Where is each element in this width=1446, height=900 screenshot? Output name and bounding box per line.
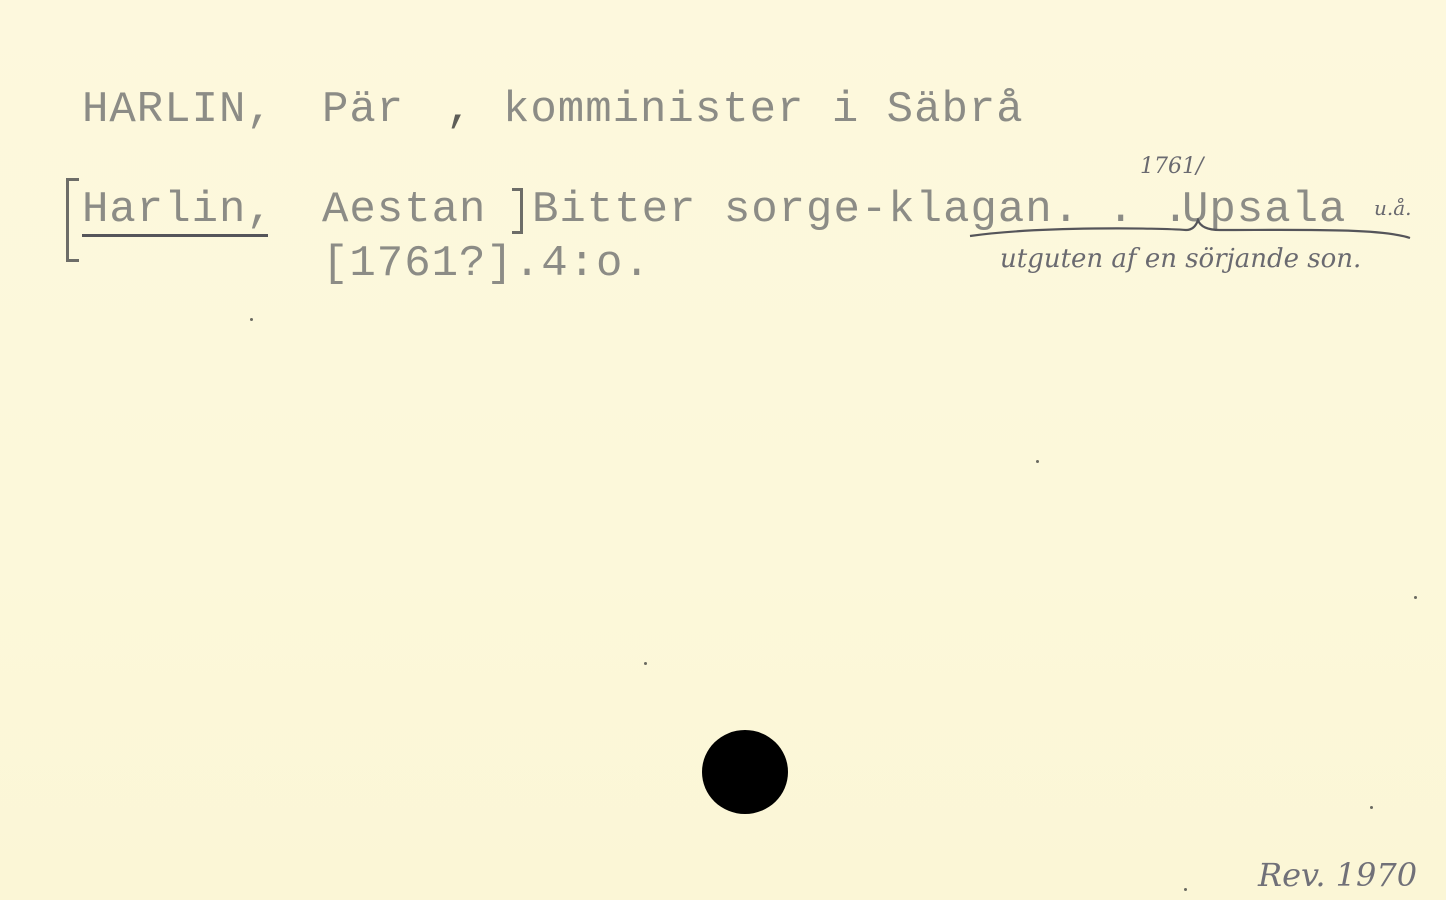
heading-given-name: Pär xyxy=(322,88,404,132)
punch-hole xyxy=(702,730,788,814)
speck xyxy=(250,318,253,321)
catalog-card: HARLIN, Pär , komminister i Säbrå Harlin… xyxy=(0,0,1446,900)
speck xyxy=(1414,596,1417,599)
annotation-place-note: u.å. xyxy=(1374,196,1412,220)
heading-title: komminister i Säbrå xyxy=(503,88,1024,132)
entry-date-format: [1761?].4:o. xyxy=(322,242,651,286)
annotation-year: 1761/ xyxy=(1140,154,1203,179)
entry-author-surname: Harlin, xyxy=(82,188,274,232)
speck xyxy=(644,662,647,665)
speck xyxy=(1370,806,1373,809)
heading-separator: , xyxy=(446,88,473,132)
speck xyxy=(1036,460,1039,463)
annotation-subtitle: utguten af en sörjande son. xyxy=(1000,244,1361,274)
open-bracket xyxy=(66,178,79,262)
close-bracket xyxy=(512,188,523,234)
heading-name: HARLIN, xyxy=(82,88,274,132)
entry-author-given: Aestan xyxy=(322,188,486,232)
speck xyxy=(1184,888,1187,891)
author-underline xyxy=(82,234,268,237)
annotation-revision: Rev. 1970 xyxy=(1258,856,1417,894)
brace-mark xyxy=(960,218,1420,240)
